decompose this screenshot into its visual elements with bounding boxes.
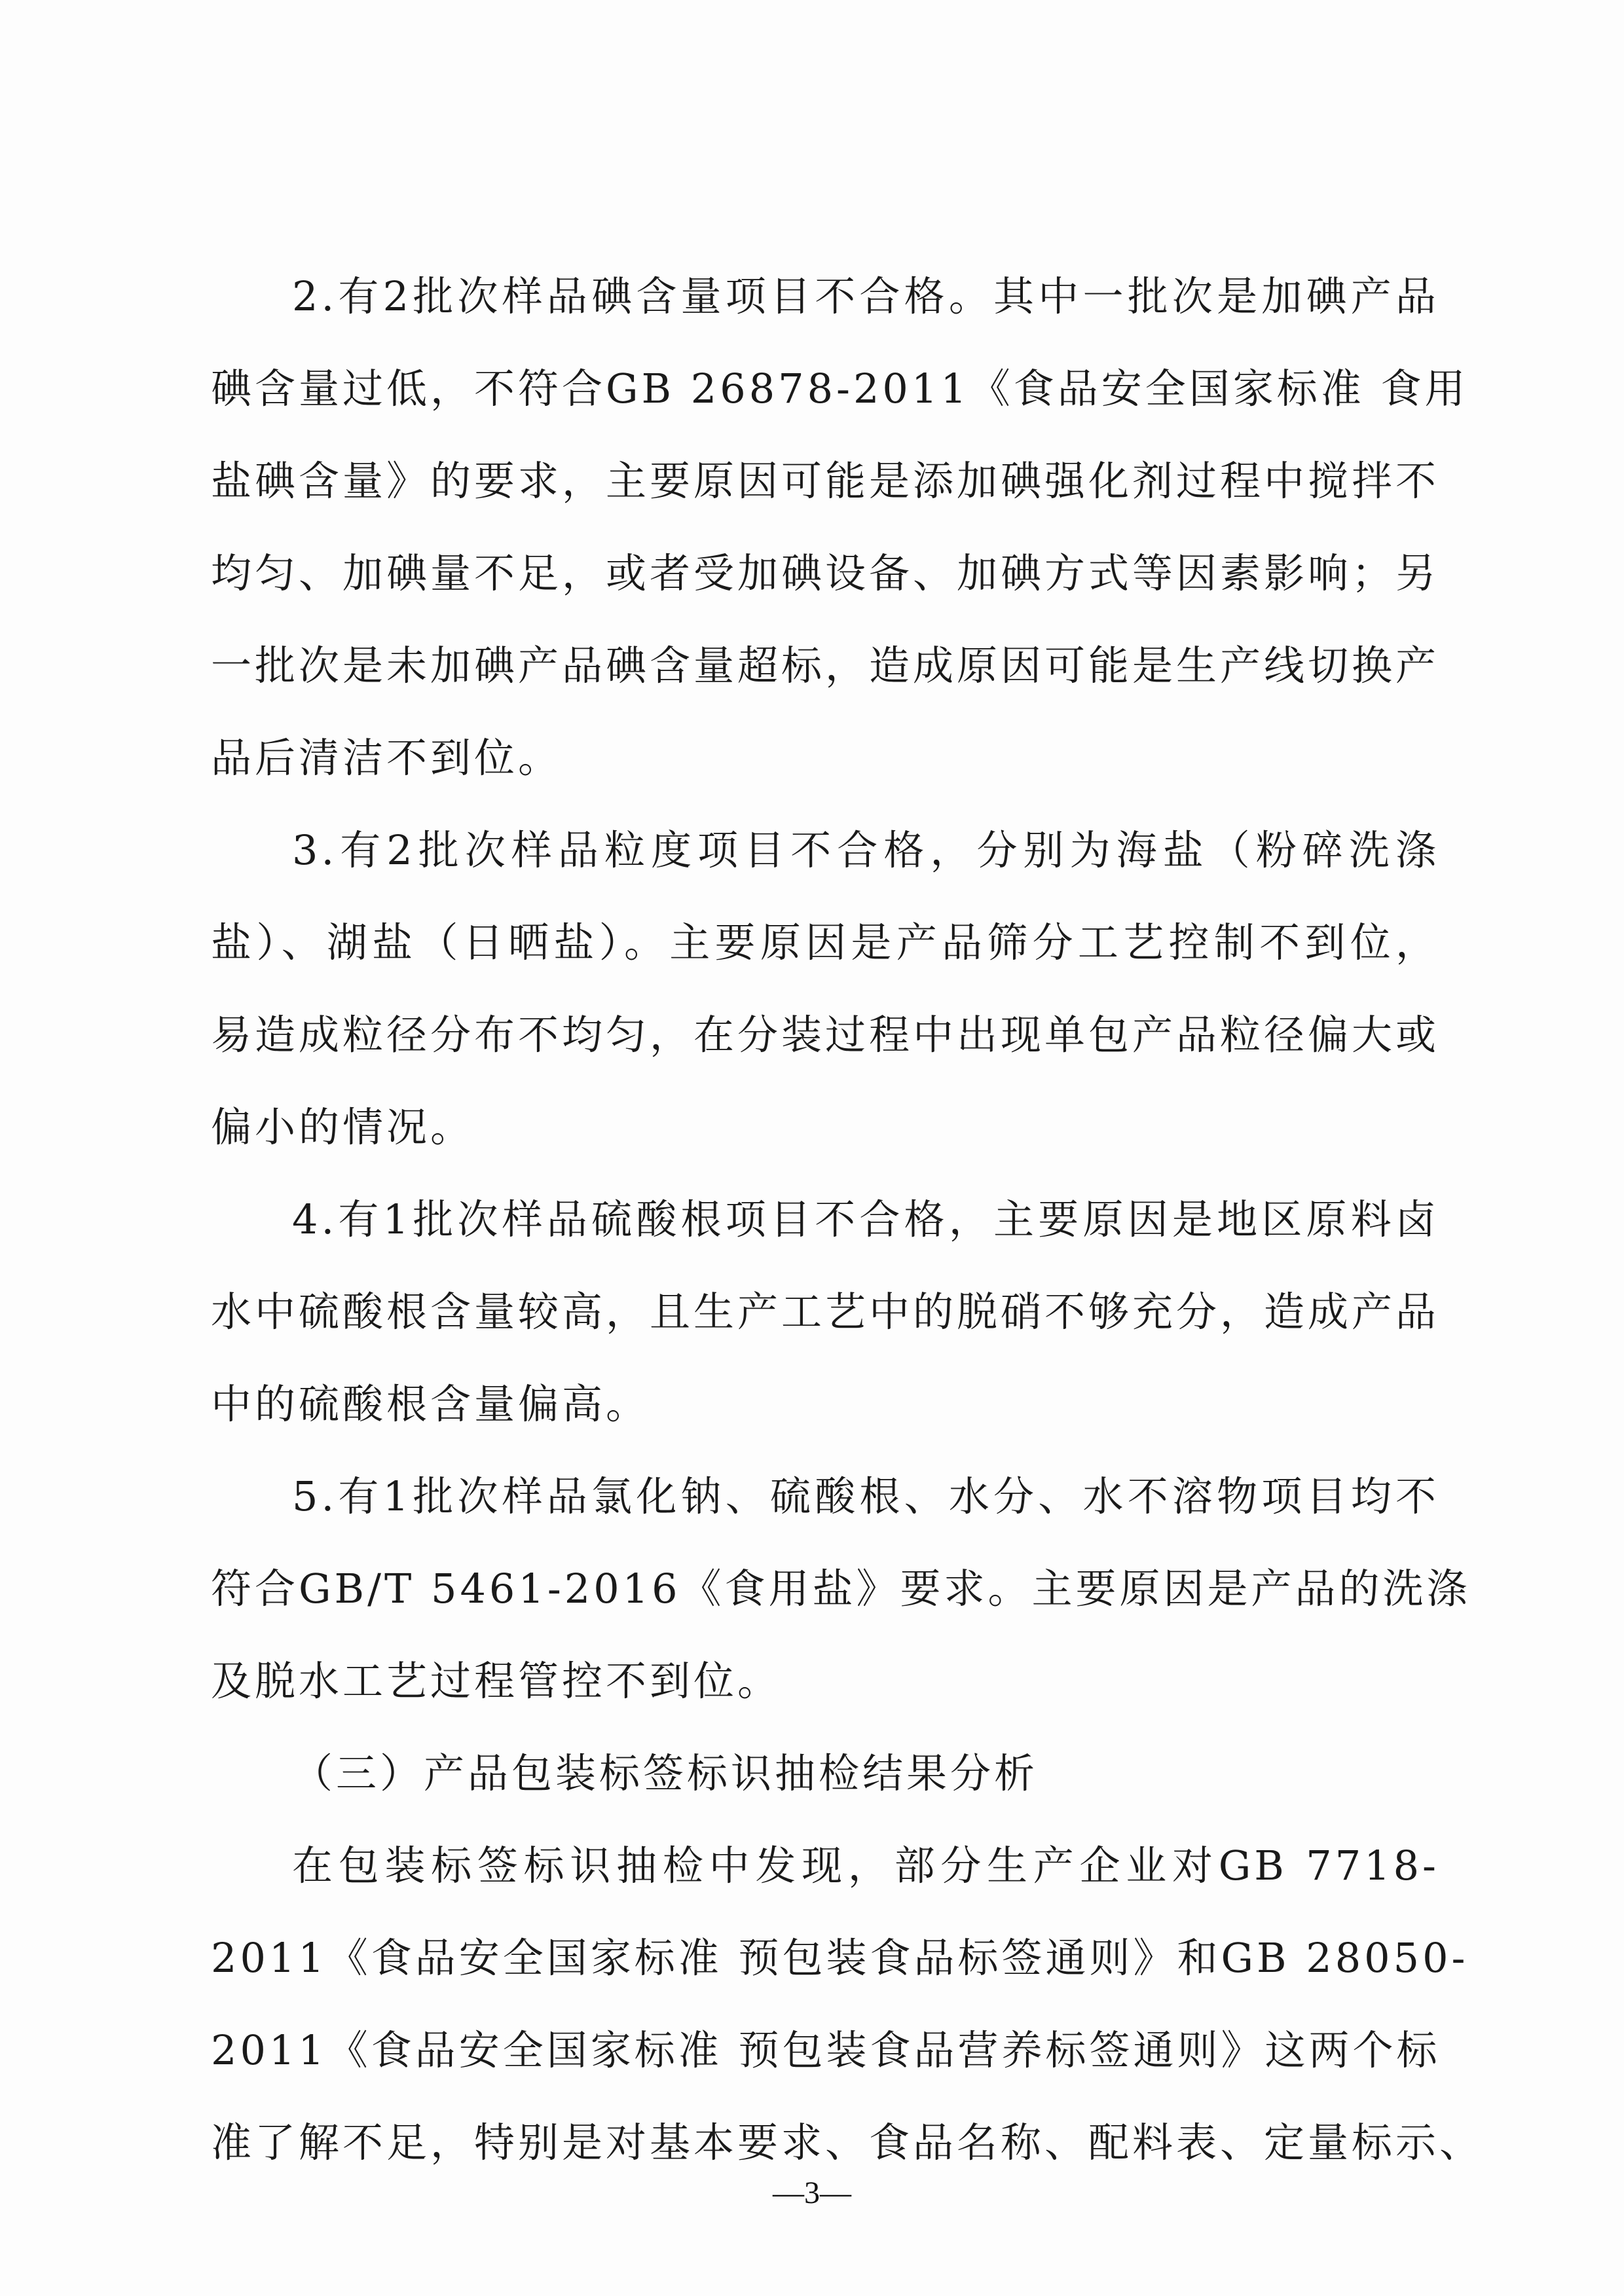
page-number: —3— xyxy=(0,2175,1624,2211)
document-page: 2.有2批次样品碘含量项目不合格。其中一批次是加碘产品 碘含量过低，不符合GB … xyxy=(0,0,1624,2296)
paragraph-2-line-2: 碘含量过低，不符合GB 26878-2011《食品安全国家标准 食用 xyxy=(211,342,1439,435)
paragraph-5-line-2: 符合GB/T 5461-2016《食用盐》要求。主要原因是产品的洗涤 xyxy=(211,1542,1439,1635)
paragraph-3-line-2: 盐）、湖盐（日晒盐）。主要原因是产品筛分工艺控制不到位， xyxy=(211,896,1439,989)
paragraph-6-line-3: 2011《食品安全国家标准 预包装食品营养标签通则》这两个标 xyxy=(211,2004,1439,2096)
paragraph-3-line-1: 3.有2批次样品粒度项目不合格，分别为海盐（粉碎洗涤 xyxy=(211,804,1439,896)
paragraph-2-line-5: 一批次是未加碘产品碘含量超标，造成原因可能是生产线切换产 xyxy=(211,619,1439,712)
paragraph-2-line-1: 2.有2批次样品碘含量项目不合格。其中一批次是加碘产品 xyxy=(211,250,1439,342)
paragraph-2-line-4: 均匀、加碘量不足，或者受加碘设备、加碘方式等因素影响；另 xyxy=(211,527,1439,619)
body-text: 2.有2批次样品碘含量项目不合格。其中一批次是加碘产品 碘含量过低，不符合GB … xyxy=(211,250,1439,2189)
section-heading-3: （三）产品包装标签标识抽检结果分析 xyxy=(211,1727,1439,1819)
paragraph-2-line-6: 品后清洁不到位。 xyxy=(211,712,1439,804)
paragraph-6-line-2: 2011《食品安全国家标准 预包装食品标签通则》和GB 28050- xyxy=(211,1912,1439,2004)
paragraph-5-line-1: 5.有1批次样品氯化钠、硫酸根、水分、水不溶物项目均不 xyxy=(211,1450,1439,1542)
paragraph-5-line-3: 及脱水工艺过程管控不到位。 xyxy=(211,1635,1439,1727)
paragraph-4-line-1: 4.有1批次样品硫酸根项目不合格，主要原因是地区原料卤 xyxy=(211,1173,1439,1266)
paragraph-3-line-4: 偏小的情况。 xyxy=(211,1081,1439,1173)
paragraph-4-line-3: 中的硫酸根含量偏高。 xyxy=(211,1358,1439,1450)
paragraph-3-line-3: 易造成粒径分布不均匀，在分装过程中出现单包产品粒径偏大或 xyxy=(211,989,1439,1081)
paragraph-4-line-2: 水中硫酸根含量较高，且生产工艺中的脱硝不够充分，造成产品 xyxy=(211,1266,1439,1358)
paragraph-2-line-3: 盐碘含量》的要求，主要原因可能是添加碘强化剂过程中搅拌不 xyxy=(211,435,1439,527)
paragraph-6-line-1: 在包装标签标识抽检中发现，部分生产企业对GB 7718- xyxy=(211,1819,1439,1912)
